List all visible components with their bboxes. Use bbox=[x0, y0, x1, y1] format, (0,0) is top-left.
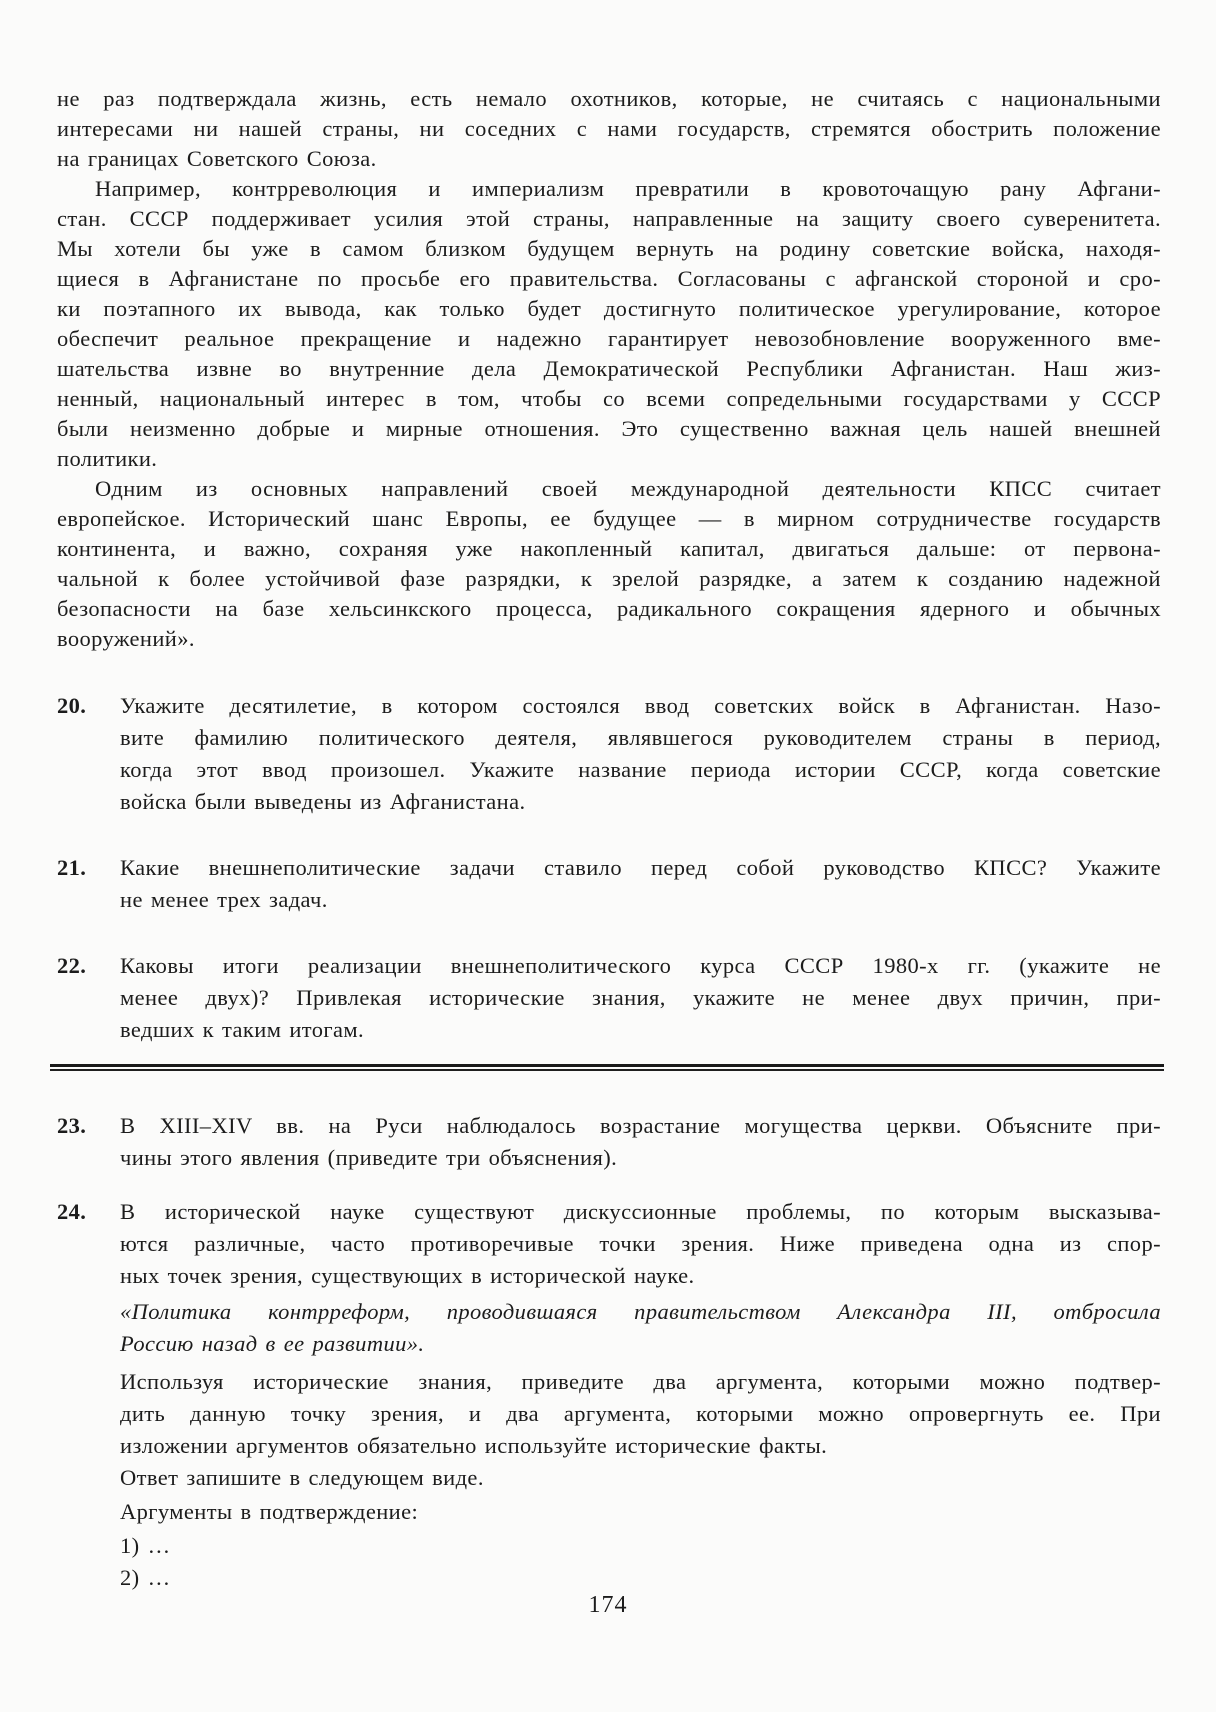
text-line: континента, и важно, сохраняя уже накопл… bbox=[57, 534, 1161, 564]
text-line: не раз подтверждала жизнь, есть немало о… bbox=[57, 84, 1161, 114]
question-line: ных точек зрения, существующих в историч… bbox=[120, 1260, 1161, 1292]
text-line: ки поэтапного их вывода, как только буде… bbox=[57, 294, 1161, 324]
text-line: ненный, национальный интерес в том, чтоб… bbox=[57, 384, 1161, 414]
answer-arguments-heading: Аргументы в подтверждение: bbox=[120, 1496, 1161, 1528]
text-line: были неизменно добрые и мирные отношения… bbox=[57, 414, 1161, 444]
question-number: 20. bbox=[57, 690, 86, 722]
question-line: В XIII–XIV вв. на Руси наблюдалось возра… bbox=[120, 1110, 1161, 1142]
text-line: интересами ни нашей страны, ни соседних … bbox=[57, 114, 1161, 144]
question-21: 21. Какие внешнеполитические задачи став… bbox=[57, 852, 1161, 916]
text-line: на границах Советского Союза. bbox=[57, 144, 1161, 174]
question-line: ведших к таким итогам. bbox=[120, 1014, 1161, 1046]
answer-format-note: Ответ запишите в следующем виде. bbox=[120, 1462, 1161, 1494]
question-text: Укажите десятилетие, в котором состоялся… bbox=[120, 690, 1161, 818]
quote-line: «Политика контрреформ, проводившаяся пра… bbox=[120, 1296, 1161, 1328]
question-line: чины этого явления (приведите три объясн… bbox=[120, 1142, 1161, 1174]
text-line: безопасности на базе хельсинкского проце… bbox=[57, 594, 1161, 624]
question-line: дить данную точку зрения, и два аргумент… bbox=[120, 1398, 1161, 1430]
text-line: Одним из основных направлений своей межд… bbox=[57, 474, 1161, 504]
question-line: Используя исторические знания, приведите… bbox=[120, 1366, 1161, 1398]
scanned-book-page: не раз подтверждала жизнь, есть немало о… bbox=[0, 0, 1216, 1712]
question-line: Укажите десятилетие, в котором состоялся… bbox=[120, 690, 1161, 722]
page-number: 174 bbox=[0, 1592, 1216, 1619]
question-task: Используя исторические знания, приведите… bbox=[120, 1366, 1161, 1462]
text-line: стан. СССР поддерживает усилия этой стра… bbox=[57, 204, 1161, 234]
paragraph-continuation: не раз подтверждала жизнь, есть немало о… bbox=[57, 84, 1161, 174]
text-line: обеспечит реальное прекращение и надежно… bbox=[57, 324, 1161, 354]
question-line: не менее трех задач. bbox=[120, 884, 1161, 916]
question-line: Какие внешнеполитические задачи ставило … bbox=[120, 852, 1161, 884]
question-line: когда этот ввод произошел. Укажите назва… bbox=[120, 754, 1161, 786]
question-23: 23. В XIII–XIV вв. на Руси наблюдалось в… bbox=[57, 1110, 1161, 1174]
section-divider-double-rule bbox=[50, 1064, 1164, 1076]
question-line: войска были выведены из Афганистана. bbox=[120, 786, 1161, 818]
quote-line: Россию назад в ее развитии». bbox=[120, 1328, 1161, 1360]
text-line: щиеся в Афганистане по просьбе его прави… bbox=[57, 264, 1161, 294]
question-number: 21. bbox=[57, 852, 86, 884]
question-line: изложении аргументов обязательно использ… bbox=[120, 1430, 1161, 1462]
text-line: политики. bbox=[57, 444, 1161, 474]
question-line: Каковы итоги реализации внешнеполитическ… bbox=[120, 950, 1161, 982]
question-number: 24. bbox=[57, 1196, 86, 1228]
text-line: Например, контрреволюция и империализм п… bbox=[57, 174, 1161, 204]
question-24: 24. В исторической науке существуют диск… bbox=[57, 1196, 1161, 1594]
body-text: не раз подтверждала жизнь, есть немало о… bbox=[57, 84, 1161, 654]
paragraph-afghanistan: Например, контрреволюция и империализм п… bbox=[57, 174, 1161, 474]
question-number: 22. bbox=[57, 950, 86, 982]
question-text: Какие внешнеполитические задачи ставило … bbox=[120, 852, 1161, 916]
question-text: Каковы итоги реализации внешнеполитическ… bbox=[120, 950, 1161, 1046]
quote-paragraph: «Политика контрреформ, проводившаяся пра… bbox=[120, 1296, 1161, 1360]
question-text: В XIII–XIV вв. на Руси наблюдалось возра… bbox=[120, 1110, 1161, 1174]
question-text: В исторической науке существуют дискусси… bbox=[120, 1196, 1161, 1594]
text-line: чальной к более устойчивой фазе разрядки… bbox=[57, 564, 1161, 594]
text-line: Мы хотели бы уже в самом близком будущем… bbox=[57, 234, 1161, 264]
answer-slot-2: 2) … bbox=[120, 1562, 1161, 1594]
text-line: вооружений». bbox=[57, 624, 1161, 654]
paragraph-europe: Одним из основных направлений своей межд… bbox=[57, 474, 1161, 654]
question-line: ются различные, часто противоречивые точ… bbox=[120, 1228, 1161, 1260]
question-22: 22. Каковы итоги реализации внешнеполити… bbox=[57, 950, 1161, 1046]
text-line: европейское. Исторический шанс Европы, е… bbox=[57, 504, 1161, 534]
question-intro: В исторической науке существуют дискусси… bbox=[120, 1196, 1161, 1292]
question-line: вите фамилию политического деятеля, явля… bbox=[120, 722, 1161, 754]
question-line: менее двух)? Привлекая исторические знан… bbox=[120, 982, 1161, 1014]
question-20: 20. Укажите десятилетие, в котором состо… bbox=[57, 690, 1161, 818]
question-number: 23. bbox=[57, 1110, 86, 1142]
answer-slot-1: 1) … bbox=[120, 1530, 1161, 1562]
text-line: шательства извне во внутренние дела Демо… bbox=[57, 354, 1161, 384]
question-line: В исторической науке существуют дискусси… bbox=[120, 1196, 1161, 1228]
